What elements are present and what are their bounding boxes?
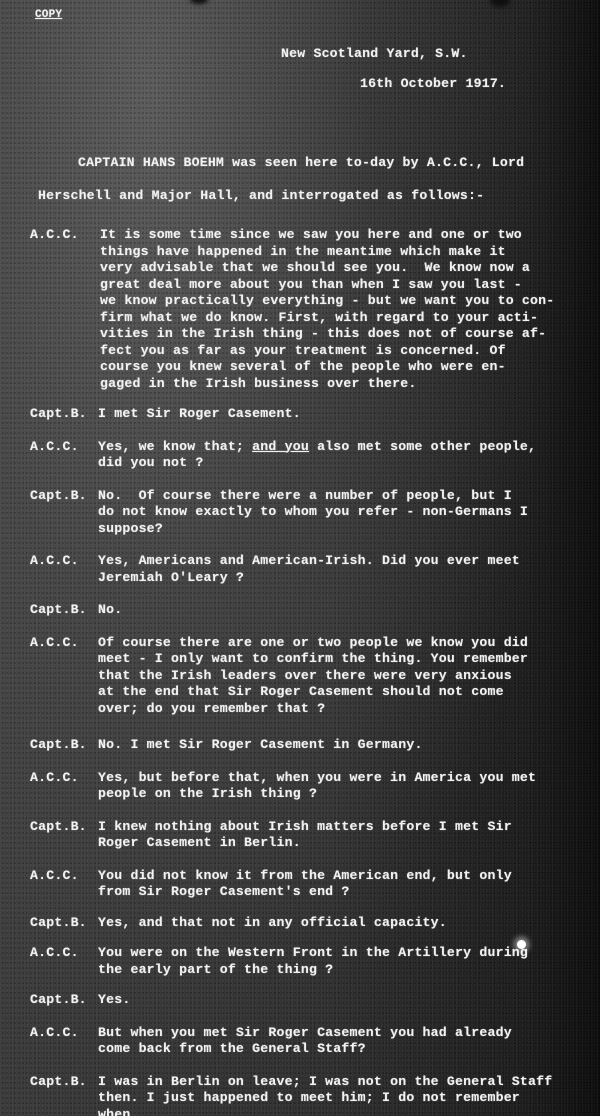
speech-line: we know practically everything - but we …: [100, 293, 600, 310]
speech-line: things have happened in the meantime whi…: [100, 244, 600, 261]
speaker-label: A.C.C.: [30, 945, 98, 962]
speaker-label: A.C.C.: [30, 553, 98, 570]
speech-text: No. I met Sir Roger Casement in Germany.: [98, 737, 600, 754]
speech-text: Yes, we know that; and you also met some…: [98, 439, 600, 472]
speech-line: people on the Irish thing ?: [98, 786, 600, 803]
speech-text: Yes, Americans and American-Irish. Did y…: [98, 553, 600, 586]
speech-text: But when you met Sir Roger Casement you …: [98, 1025, 600, 1058]
speaker-label: A.C.C.: [30, 868, 98, 885]
speech-line: did you not ?: [98, 455, 600, 472]
speech-line: meet - I only want to confirm the thing.…: [98, 651, 600, 668]
transcript-entry: Capt.B.Yes, and that not in any official…: [30, 915, 600, 932]
speaker-label: A.C.C.: [30, 770, 98, 787]
speaker-label: A.C.C.: [30, 439, 98, 456]
speech-line: from Sir Roger Casement's end ?: [98, 884, 600, 901]
speaker-label: Capt.B.: [30, 819, 98, 836]
speech-line: Yes, Americans and American-Irish. Did y…: [98, 553, 600, 570]
underlined-phrase: and you: [252, 439, 309, 454]
transcript-entry: A.C.C.Of course there are one or two peo…: [30, 635, 600, 718]
transcript-entry: A.C.C.It is some time since we saw you h…: [30, 227, 600, 392]
transcript-entry: Capt.B.No. I met Sir Roger Casement in G…: [30, 737, 600, 754]
speech-line: I knew nothing about Irish matters befor…: [98, 819, 600, 836]
transcript-entry: A.C.C.Yes, Americans and American-Irish.…: [30, 553, 600, 586]
transcript-entry: A.C.C.You did not know it from the Ameri…: [30, 868, 600, 901]
speech-text: I was in Berlin on leave; I was not on t…: [98, 1074, 600, 1116]
speech-line: I was in Berlin on leave; I was not on t…: [98, 1074, 600, 1091]
document-page: COPY New Scotland Yard, S.W. 16th Octobe…: [0, 0, 600, 1116]
speech-line: No. Of course there were a number of peo…: [98, 488, 600, 505]
speech-line: the early part of the thing ?: [98, 962, 600, 979]
speaker-label: Capt.B.: [30, 737, 98, 754]
speech-text: Yes, but before that, when you were in A…: [98, 770, 600, 803]
speech-text: I knew nothing about Irish matters befor…: [98, 819, 600, 852]
speech-line: But when you met Sir Roger Casement you …: [98, 1025, 600, 1042]
ink-blot: [490, 0, 510, 7]
speech-line: Yes.: [98, 992, 600, 1009]
speech-line: come back from the General Staff?: [98, 1041, 600, 1058]
transcript-entry: Capt.B.I was in Berlin on leave; I was n…: [30, 1074, 600, 1116]
speech-line: Yes, but before that, when you were in A…: [98, 770, 600, 787]
speech-text: I met Sir Roger Casement.: [98, 406, 600, 423]
speech-line: It is some time since we saw you here an…: [100, 227, 600, 244]
speaker-label: Capt.B.: [30, 602, 98, 619]
address-line: New Scotland Yard, S.W.: [281, 46, 468, 61]
speech-line: over; do you remember that ?: [98, 701, 600, 718]
speech-text: It is some time since we saw you here an…: [98, 227, 600, 392]
speech-line: No.: [98, 602, 600, 619]
speaker-label: Capt.B.: [30, 406, 98, 423]
ink-blot: [190, 0, 208, 4]
intro-line-1: CAPTAIN HANS BOEHM was seen here to-day …: [38, 146, 578, 179]
speech-line: suppose?: [98, 521, 600, 538]
speech-line: then. I just happened to meet him; I do …: [98, 1090, 600, 1107]
transcript-entry: A.C.C.Yes, we know that; and you also me…: [30, 439, 600, 472]
speech-text: No. Of course there were a number of peo…: [98, 488, 600, 538]
speech-line: at the end that Sir Roger Casement shoul…: [98, 684, 600, 701]
speech-text: No.: [98, 602, 600, 619]
speech-line: very advisable that we should see you. W…: [100, 260, 600, 277]
speech-text: Yes.: [98, 992, 600, 1009]
transcript-entry: Capt.B.I met Sir Roger Casement.: [30, 406, 600, 423]
speaker-label: Capt.B.: [30, 1074, 98, 1091]
document-date: 16th October 1917.: [360, 76, 506, 91]
copy-mark: COPY: [35, 9, 62, 21]
transcript-entry: Capt.B.No.: [30, 602, 600, 619]
speech-line: Yes, and that not in any official capaci…: [98, 915, 600, 932]
transcript-entry: Capt.B.Yes.: [30, 992, 600, 1009]
speech-line: You were on the Western Front in the Art…: [98, 945, 600, 962]
transcript-entry: A.C.C.Yes, but before that, when you wer…: [30, 770, 600, 803]
speaker-label: Capt.B.: [30, 488, 98, 505]
speech-line: vities in the Irish thing - this does no…: [100, 326, 600, 343]
speech-line: No. I met Sir Roger Casement in Germany.: [98, 737, 600, 754]
speech-text: Of course there are one or two people we…: [98, 635, 600, 718]
interrogation-transcript: A.C.C.It is some time since we saw you h…: [30, 211, 600, 1116]
speech-line: course you knew several of the people wh…: [100, 359, 600, 376]
speech-line: do not know exactly to whom you refer - …: [98, 504, 600, 521]
speaker-label: Capt.B.: [30, 992, 98, 1009]
transcript-entry: Capt.B.I knew nothing about Irish matter…: [30, 819, 600, 852]
speech-line: You did not know it from the American en…: [98, 868, 600, 885]
speaker-label: A.C.C.: [30, 635, 98, 652]
speech-text: You did not know it from the American en…: [98, 868, 600, 901]
speech-line: when.: [98, 1107, 600, 1116]
speech-text: You were on the Western Front in the Art…: [98, 945, 600, 978]
speech-line: Jeremiah O'Leary ?: [98, 570, 600, 587]
speech-line: fect you as far as your treatment is con…: [100, 343, 600, 360]
speech-line: Of course there are one or two people we…: [98, 635, 600, 652]
speech-line: Roger Casement in Berlin.: [98, 835, 600, 852]
speaker-label: A.C.C.: [30, 1025, 98, 1042]
speech-line: that the Irish leaders over there were v…: [98, 668, 600, 685]
transcript-entry: A.C.C.But when you met Sir Roger Casemen…: [30, 1025, 600, 1058]
speech-text: Yes, and that not in any official capaci…: [98, 915, 600, 932]
transcript-entry: A.C.C.You were on the Western Front in t…: [30, 945, 600, 978]
speech-line: Yes, we know that; and you also met some…: [98, 439, 600, 456]
speech-line: firm what we do know. First, with regard…: [100, 310, 600, 327]
speaker-label: A.C.C.: [30, 227, 98, 244]
speaker-label: Capt.B.: [30, 915, 98, 932]
intro-paragraph: CAPTAIN HANS BOEHM was seen here to-day …: [38, 146, 578, 212]
transcript-entry: Capt.B.No. Of course there were a number…: [30, 488, 600, 538]
intro-line-2: Herschell and Major Hall, and interrogat…: [38, 188, 484, 203]
speech-line: gaged in the Irish business over there.: [100, 376, 600, 393]
speech-line: I met Sir Roger Casement.: [98, 406, 600, 423]
speech-line: great deal more about you than when I sa…: [100, 277, 600, 294]
